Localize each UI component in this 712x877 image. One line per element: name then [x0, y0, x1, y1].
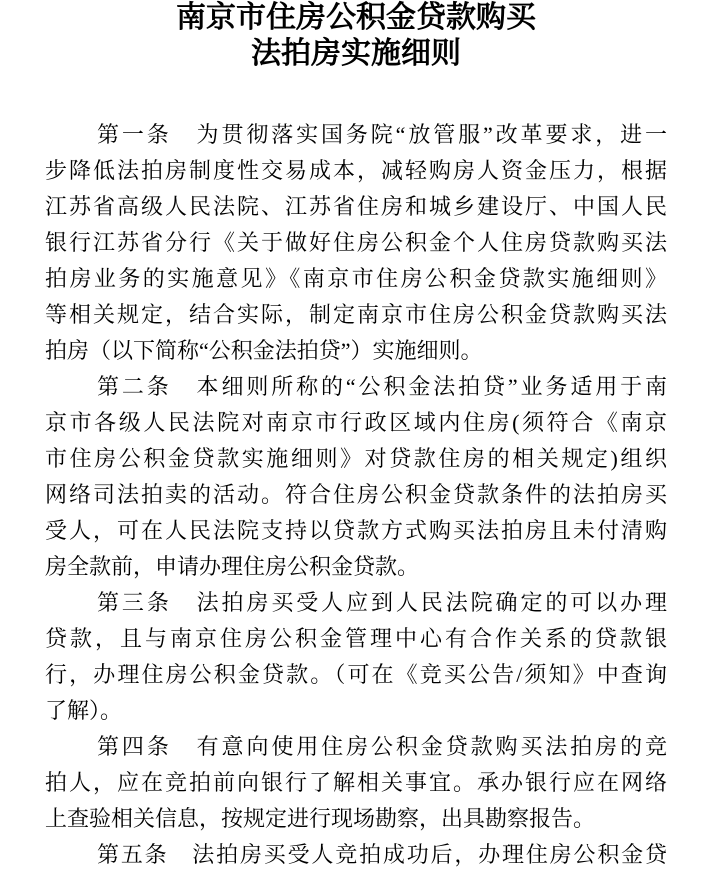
- article-3: 第三条 法拍房买受人应到人民法院确定的可以办理 贷款，且与南京住房公积金管理中心…: [45, 585, 667, 729]
- text-line: 房全款前，申请办理住房公积金贷款。: [45, 549, 667, 585]
- text-line: 第三条 法拍房买受人应到人民法院确定的可以办理: [45, 585, 667, 621]
- text-line: 第五条 法拍房买受人竞拍成功后，办理住房公积金贷: [45, 837, 667, 873]
- text-line: 拍房（以下简称“公积金法拍贷”）实施细则。: [45, 333, 667, 369]
- text-line: 行，办理住房公积金贷款。（可在《竞买公告/须知》中查询: [45, 657, 667, 693]
- article-4: 第四条 有意向使用住房公积金贷款购买法拍房的竞 拍人，应在竞拍前向银行了解相关事…: [45, 729, 667, 837]
- text-line: 贷款，且与南京住房公积金管理中心有合作关系的贷款银: [45, 621, 667, 657]
- title-line-1: 南京市住房公积金贷款购买: [0, 0, 712, 36]
- article-1: 第一条 为贯彻落实国务院“放管服”改革要求，进一 步降低法拍房制度性交易成本，减…: [45, 117, 667, 369]
- title-line-2: 法拍房实施细则: [0, 36, 712, 72]
- text-line: 等相关规定，结合实际，制定南京市住房公积金贷款购买法: [45, 297, 667, 333]
- article-5: 第五条 法拍房买受人竞拍成功后，办理住房公积金贷: [45, 837, 667, 873]
- text-line: 第二条 本细则所称的“公积金法拍贷”业务适用于南: [45, 369, 667, 405]
- text-line: 拍人，应在竞拍前向银行了解相关事宜。承办银行应在网络: [45, 765, 667, 801]
- text-line: 上查验相关信息，按规定进行现场勘察，出具勘察报告。: [45, 801, 667, 837]
- text-line: 江苏省高级人民法院、江苏省住房和城乡建设厅、中国人民: [45, 189, 667, 225]
- text-line: 第四条 有意向使用住房公积金贷款购买法拍房的竞: [45, 729, 667, 765]
- document-body: 第一条 为贯彻落实国务院“放管服”改革要求，进一 步降低法拍房制度性交易成本，减…: [0, 117, 712, 873]
- document-page: 南京市住房公积金贷款购买 法拍房实施细则 第一条 为贯彻落实国务院“放管服”改革…: [0, 0, 712, 877]
- text-line: 步降低法拍房制度性交易成本，减轻购房人资金压力，根据: [45, 153, 667, 189]
- text-line: 第一条 为贯彻落实国务院“放管服”改革要求，进一: [45, 117, 667, 153]
- text-line: 拍房业务的实施意见》《南京市住房公积金贷款实施细则》: [45, 261, 667, 297]
- text-line: 了解）。: [45, 693, 667, 729]
- text-line: 京市各级人民法院对南京市行政区域内住房(须符合《南京: [45, 405, 667, 441]
- text-line: 银行江苏省分行《关于做好住房公积金个人住房贷款购买法: [45, 225, 667, 261]
- text-line: 市住房公积金贷款实施细则》对贷款住房的相关规定)组织: [45, 441, 667, 477]
- text-line: 受人，可在人民法院支持以贷款方式购买法拍房且未付清购: [45, 513, 667, 549]
- text-line: 网络司法拍卖的活动。符合住房公积金贷款条件的法拍房买: [45, 477, 667, 513]
- document-title: 南京市住房公积金贷款购买 法拍房实施细则: [0, 0, 712, 72]
- article-2: 第二条 本细则所称的“公积金法拍贷”业务适用于南 京市各级人民法院对南京市行政区…: [45, 369, 667, 585]
